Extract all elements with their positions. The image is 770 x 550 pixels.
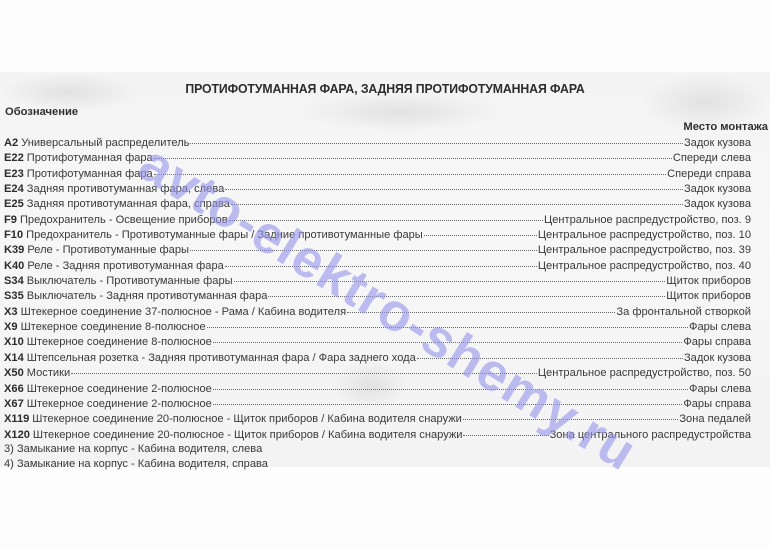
dot-leader [231,194,683,205]
component-code: K40 [4,259,24,274]
component-code: X66 [4,382,24,397]
component-code: X9 [4,320,18,335]
component-code: K39 [4,243,24,258]
dot-leader [71,363,537,374]
table-row: X119Штекерное соединение 20-полюсное - Щ… [4,411,751,426]
dot-leader [424,225,537,236]
mounting-location: Задок кузова [684,197,751,212]
dot-leader [225,179,683,190]
component-description: Штекерное соединение 20-полюсное - Щиток… [33,428,463,443]
table-row: X120Штекерное соединение 20-полюсное - Щ… [4,427,751,442]
footnote: 3) Замыкание на корпус - Кабина водителя… [4,442,751,457]
component-code: E24 [4,182,24,197]
dot-leader [213,379,688,390]
component-description: Протифотуманная фара [27,167,153,182]
mounting-location: Фары слева [689,382,751,397]
mounting-location: Задок кузова [684,351,751,366]
component-description: Предохранитель - Освещение приборов [20,213,228,228]
dot-leader [229,210,543,221]
component-code: X67 [4,397,24,412]
component-code: S34 [4,274,24,289]
mounting-location: Фары справа [683,335,751,350]
footnote-text: 3) Замыкание на корпус - Кабина водителя… [4,442,262,457]
dot-leader [190,133,682,144]
component-description: Штекерное соединение 8-полюсное [21,320,206,335]
footnote-text: 4) Замыкание на корпус - Кабина водителя… [4,457,268,472]
dot-leader [225,256,537,267]
dot-leader [213,332,683,343]
dot-leader [213,394,683,405]
dot-leader [463,409,678,420]
dot-leader [207,317,688,328]
mounting-location: Щиток приборов [666,274,751,289]
component-code: X3 [4,305,18,320]
component-description: Протифотуманная фара [27,151,153,166]
component-description: Реле - Задняя противотуманная фара [27,259,223,274]
component-code: E23 [4,167,24,182]
dot-leader [463,425,548,436]
component-description: Штекерное соединение 2-полюсное [27,382,212,397]
mounting-location: Задок кузова [684,182,751,197]
mounting-location-column-header: Место монтажа [683,121,768,133]
component-list: A2Универсальный распределительЗадок кузо… [4,135,751,473]
dot-leader [234,271,666,282]
component-code: F9 [4,213,17,228]
component-description: Штекерное соединение 20-полюсное - Щиток… [32,412,462,427]
component-description: Штекерное соединение 8-полюсное [27,335,212,350]
mounting-location: Щиток приборов [666,289,751,304]
designation-column-header: Обозначение [5,106,78,118]
page-title: ПРОТИФОТУМАННАЯ ФАРА, ЗАДНЯЯ ПРОТИФОТУМА… [27,81,743,96]
component-description: Штекерное соединение 2-полюсное [27,397,212,412]
component-description: Задняя противотуманная фара, слева [27,182,225,197]
dot-leader [347,302,615,313]
component-code: E22 [4,151,24,166]
mounting-location: Зона центрального распредустройства [550,428,751,443]
mounting-location: Спереди слева [673,151,751,166]
mounting-location: Центральное распредустройство, поз. 9 [544,213,751,228]
component-code: F10 [4,228,23,243]
mounting-location: Центральное распредустройство, поз. 10 [538,228,751,243]
mounting-location: Центральное распредустройство, поз. 39 [538,243,751,258]
scan-smudge [300,92,500,132]
dot-leader [268,286,665,297]
footnote: 4) Замыкание на корпус - Кабина водителя… [4,457,751,472]
component-code: S35 [4,289,24,304]
component-description: Выключатель - Задняя противотуманная фар… [27,289,268,304]
table-row: F9Предохранитель - Освещение приборовЦен… [4,212,751,227]
component-code: X120 [4,428,30,443]
component-description: Мостики [27,366,70,381]
component-code: X14 [4,351,24,366]
component-code: X50 [4,366,24,381]
component-code: X119 [4,412,29,427]
component-code: E25 [4,197,24,212]
component-description: Задняя противотуманная фара, справа [27,197,230,212]
mounting-location: Фары слева [689,320,751,335]
dot-leader [417,348,683,359]
component-code: X10 [4,335,24,350]
mounting-location: Задок кузова [684,136,751,151]
mounting-location: Фары справа [683,397,751,412]
scanned-page: ПРОТИФОТУМАННАЯ ФАРА, ЗАДНЯЯ ПРОТИФОТУМА… [0,0,770,550]
component-description: Выключатель - Противотуманные фары [27,274,233,289]
dot-leader [190,240,537,251]
component-description: Реле - Противотуманные фары [27,243,189,258]
mounting-location: Зона педалей [679,412,751,427]
component-code: A2 [4,136,18,151]
dot-leader [154,164,666,175]
dot-leader [154,148,672,159]
